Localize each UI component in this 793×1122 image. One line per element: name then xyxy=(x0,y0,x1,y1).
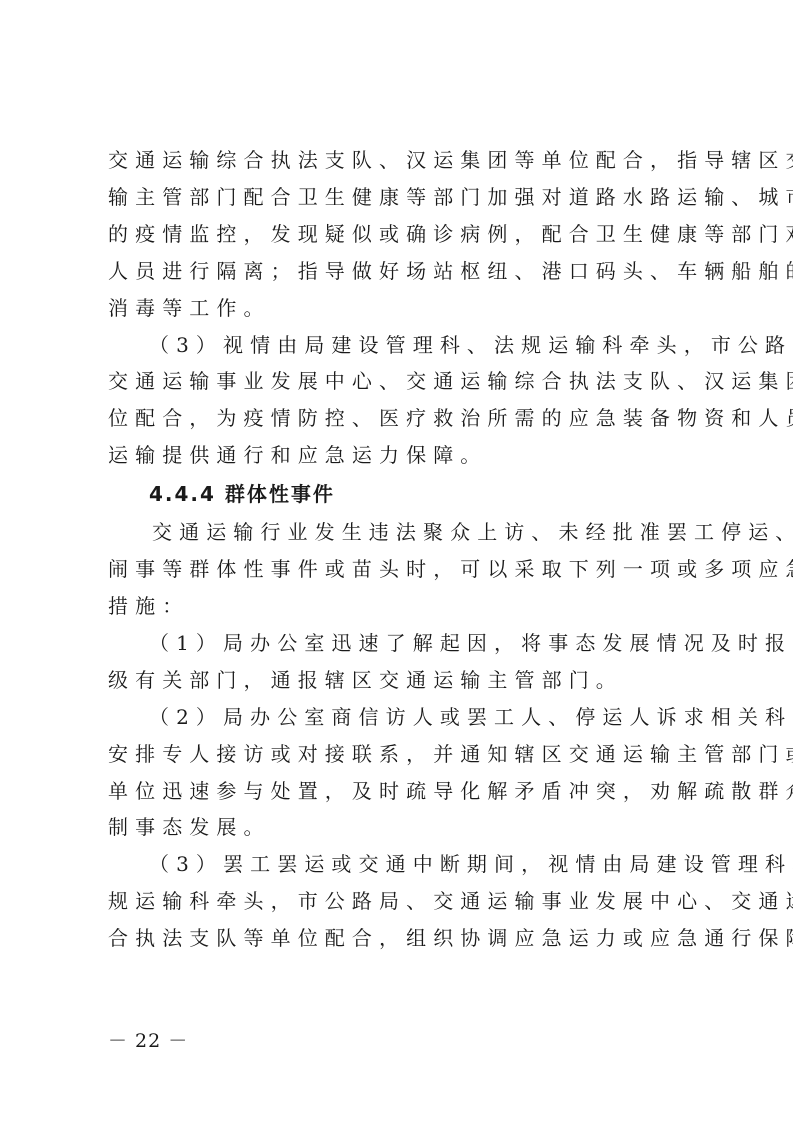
paragraph-measure-3: （3）罢工罢运或交通中断期间，视情由局建设管理科、法 规运输科牵头，市公路局、交… xyxy=(108,846,698,957)
text-line: 人员进行隔离；指导做好场站枢纽、港口码头、车辆船舶的通风、 xyxy=(108,253,698,290)
text-line: 输主管部门配合卫生健康等部门加强对道路水路运输、城市客运 xyxy=(108,179,698,216)
text-line: （3）视情由局建设管理科、法规运输科牵头，市公路局、 xyxy=(108,327,698,364)
paragraph-item-3-transport-guarantee: （3）视情由局建设管理科、法规运输科牵头，市公路局、 交通运输事业发展中心、交通… xyxy=(108,327,698,475)
text-line: 规运输科牵头，市公路局、交通运输事业发展中心、交通运输综 xyxy=(108,883,698,920)
text-line: （3）罢工罢运或交通中断期间，视情由局建设管理科、法 xyxy=(108,846,698,883)
text-line: 级有关部门，通报辖区交通运输主管部门。 xyxy=(108,662,698,699)
text-line: 措施： xyxy=(108,588,698,625)
text-line: 交通运输综合执法支队、汉运集团等单位配合，指导辖区交通运 xyxy=(108,142,698,179)
paragraph-epidemic-coordination: 交通运输综合执法支队、汉运集团等单位配合，指导辖区交通运 输主管部门配合卫生健康… xyxy=(108,142,698,327)
text-line: （1）局办公室迅速了解起因，将事态发展情况及时报告市 xyxy=(108,625,698,662)
text-line: 安排专人接访或对接联系，并通知辖区交通运输主管部门或相关 xyxy=(108,736,698,773)
paragraph-measure-2: （2）局办公室商信访人或罢工人、停运人诉求相关科室， 安排专人接访或对接联系，并… xyxy=(108,699,698,847)
text-line: 运输提供通行和应急运力保障。 xyxy=(108,437,698,474)
text-line: 交通运输行业发生违法聚众上访、未经批准罢工停运、聚众 xyxy=(108,514,698,551)
text-line: 单位迅速参与处置，及时疏导化解矛盾冲突，劝解疏散群众，控 xyxy=(108,773,698,810)
text-line: 闹事等群体性事件或苗头时，可以采取下列一项或多项应急处置 xyxy=(108,551,698,588)
paragraph-mass-incident-intro: 交通运输行业发生违法聚众上访、未经批准罢工停运、聚众 闹事等群体性事件或苗头时，… xyxy=(108,514,698,625)
paragraph-measure-1: （1）局办公室迅速了解起因，将事态发展情况及时报告市 级有关部门，通报辖区交通运… xyxy=(108,625,698,699)
text-line: 的疫情监控，发现疑似或确诊病例，配合卫生健康等部门对相关 xyxy=(108,216,698,253)
document-page: 交通运输综合执法支队、汉运集团等单位配合，指导辖区交通运 输主管部门配合卫生健康… xyxy=(0,0,793,1122)
text-line: 位配合，为疫情防控、医疗救治所需的应急装备物资和人员紧急 xyxy=(108,400,698,437)
text-line: 消毒等工作。 xyxy=(108,290,698,327)
text-line: 合执法支队等单位配合，组织协调应急运力或应急通行保障，恢 xyxy=(108,920,698,957)
text-line: 制事态发展。 xyxy=(108,809,698,846)
page-body: 交通运输综合执法支队、汉运集团等单位配合，指导辖区交通运 输主管部门配合卫生健康… xyxy=(108,142,698,957)
section-heading: 4.4.4 群体性事件 xyxy=(108,474,698,514)
text-line: （2）局办公室商信访人或罢工人、停运人诉求相关科室， xyxy=(108,699,698,736)
text-line: 交通运输事业发展中心、交通运输综合执法支队、汉运集团等单 xyxy=(108,363,698,400)
page-number: － 22 － xyxy=(108,1026,188,1053)
